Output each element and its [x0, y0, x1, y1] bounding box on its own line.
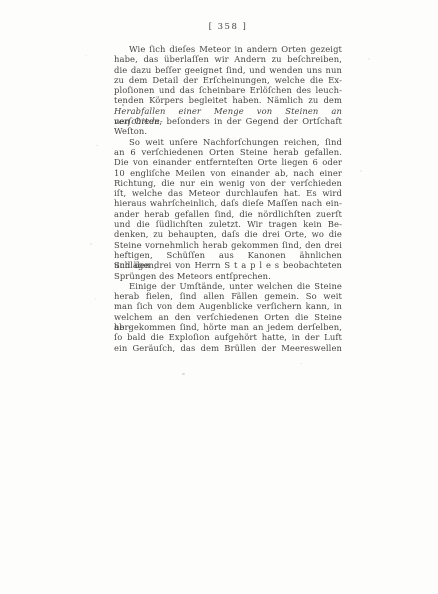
scan-speckle	[90, 243, 92, 245]
text-line: die dazu beſſer geeignet ſind, und wende…	[114, 65, 342, 75]
book-page-scan: [ 358 ] Wie ſich dieſes Meteor in andern…	[0, 0, 438, 594]
text-line: Weſton.	[114, 126, 342, 136]
text-line: welchem an den verſchiedenen Orten die S…	[114, 312, 342, 322]
text-line: und die ſüdlichſten zuletzt. Wir tragen …	[114, 219, 342, 229]
scan-speckle	[96, 145, 98, 146]
scan-speckle	[85, 55, 87, 56]
scan-speckle	[360, 170, 362, 172]
text-block: Wie ſich dieſes Meteor in andern Orten g…	[114, 44, 342, 353]
text-line: ander herab gefallen ſind, die nördlichſ…	[114, 209, 342, 219]
text-line: Wie ſich dieſes Meteor in andern Orten g…	[114, 44, 342, 54]
text-line: 10 engliſche Meilen von einander ab, nac…	[114, 168, 342, 178]
scan-speckle	[368, 58, 370, 60]
scan-speckle	[95, 298, 96, 300]
text-line: heftigen, Schüſſen aus Kanonen ähnlichen…	[114, 250, 342, 260]
text-line: Herabfallen einer Menge von Steinen an v…	[114, 106, 342, 116]
text-line: nen Orten, beſonders in der Gegend der O…	[114, 116, 342, 126]
text-line: denken, zu behaupten, daſs die drei Orte…	[114, 229, 342, 239]
scan-speckle	[300, 363, 302, 364]
text-line: Die von einander entfernteſten Orte lieg…	[114, 157, 342, 167]
text-line: tenden Körpers begleitet haben. Nämlich …	[114, 95, 342, 105]
text-line: Einige der Umſtände, unter welchen die S…	[114, 281, 342, 291]
text-line: an 6 verſchiedenen Orten Steine herab ge…	[114, 147, 342, 157]
text-line: Steine vornehmlich herab gekommen ſind, …	[114, 240, 342, 250]
text-line: herab fielen, ſind allen Fällen gemein. …	[114, 291, 342, 301]
text-line: hieraus wahrſcheinlich, daſs dieſe Maſſe…	[114, 198, 342, 208]
scan-speckle	[182, 373, 185, 375]
text-line: So weit unſere Nachforſchungen reichen, …	[114, 137, 342, 147]
text-line: zu dem Detail der Erſcheinungen, welche …	[114, 75, 342, 85]
text-line: und den drei von Herrn S t a p l e s beo…	[114, 260, 342, 270]
text-line: iſt, welche das Meteor durchlaufen hat. …	[114, 188, 342, 198]
text-line: ploſionen und das ſcheinbare Erlöſchen d…	[114, 85, 342, 95]
text-line: ab gekommen ſind, hörte man an jedem der…	[114, 322, 342, 332]
text-line: habe, das überlaſſen wir Andern zu beſch…	[114, 54, 342, 64]
text-line: Sprüngen des Meteors entſprechen.	[114, 271, 342, 281]
page-number: [ 358 ]	[114, 22, 342, 32]
text-line: ein Geräuſch, das dem Brüllen der Meeres…	[114, 343, 342, 353]
text-line: Richtung, die nur ein wenig von der verſ…	[114, 178, 342, 188]
text-line: ſo bald die Exploſion aufgehört hatte, i…	[114, 332, 342, 342]
text-line: man ſich von dem Augenblicke verſichern …	[114, 301, 342, 311]
